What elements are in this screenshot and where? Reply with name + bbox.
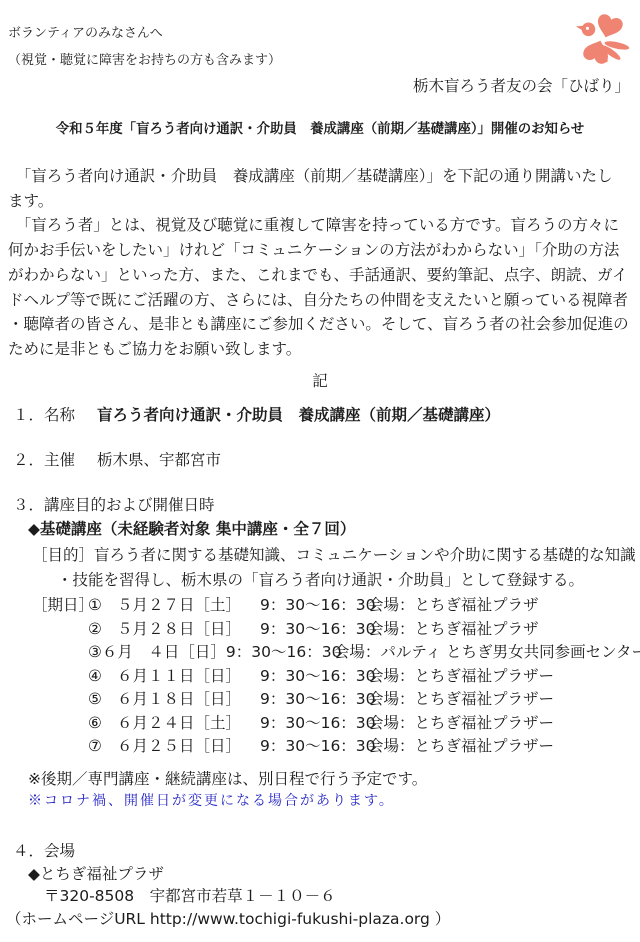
- course-purpose-line2: ・技能を習得し、栃木県の「盲ろう者向け通訳・介助員」として登録する。: [57, 571, 584, 590]
- schedule-row: ③ ６月 ４日［日］ 9：30～16：30 会場：パルティ とちぎ男女共同参画セ…: [0, 643, 640, 662]
- schedule-date: ５月２８日［日］: [117, 620, 260, 639]
- section-2-value: 栃木県、宇都宮市: [97, 451, 221, 470]
- schedule-venue: 会場：とちぎ福祉プラザー: [368, 690, 640, 709]
- schedule-num: ②: [88, 620, 117, 639]
- course-heading: ◆基礎講座（未経験者対象 集中講座・全７回）: [28, 520, 355, 539]
- schedule-row: ⑤ ６月１８日［日］ 9：30～16：30 会場：とちぎ福祉プラザー: [0, 690, 640, 709]
- bird-eye: [586, 27, 589, 30]
- intro-line: 何かお手伝いをしたい」けれど「コミュニケーションの方法がわからない」「介助の方法: [8, 241, 619, 260]
- schedule-time: 9：30～16：30: [226, 643, 334, 662]
- section-1-value: 盲ろう者向け通訳・介助員 養成講座（前期／基礎講座）: [97, 406, 500, 425]
- schedule-time: 9：30～16：30: [260, 596, 368, 615]
- note-later-course: ※後期／専門講座・継続講座は、別日程で行う予定です。: [28, 770, 427, 789]
- intro-line: 「盲ろう者向け通訳・介助員 養成講座（前期／基礎講座）」を下記の通り開講いたし: [8, 167, 613, 186]
- schedule-row: ⑥ ６月２４日［土］ 9：30～16：30 会場：とちぎ福祉プラザー: [0, 714, 640, 733]
- venue-heading: ４．会場: [13, 842, 75, 861]
- schedule-date: ６月１８日［日］: [117, 690, 260, 709]
- schedule-venue: 会場：とちぎ福祉プラザー: [368, 667, 640, 686]
- schedule-time: 9：30～16：30: [260, 690, 368, 709]
- section-2-label: ２．主催: [13, 451, 75, 470]
- schedule-date: ６月 ４日［日］: [102, 643, 226, 662]
- page-title: 令和５年度「盲ろう者向け通訳・介助員 養成講座（前期／基礎講座）」開催のお知らせ: [0, 122, 640, 139]
- intro-line: ドヘルプ等で既にご活躍の方、さらには、自分たちの仲間を支えたいと願っている視障者: [8, 291, 628, 310]
- intro-line: ために是非ともご協力をお願い致します。: [8, 340, 301, 359]
- schedule-time: 9：30～16：30: [260, 620, 368, 639]
- schedule-row: ⑦ ６月２５日［日］ 9：30～16：30 会場：とちぎ福祉プラザー: [0, 737, 640, 756]
- hibari-logo-icon: [572, 8, 634, 70]
- organization-name: 栃木盲ろう者友の会「ひばり」: [0, 77, 630, 96]
- schedule-num: ⑦: [88, 737, 117, 756]
- schedule-venue: 会場：とちぎ福祉プラザ: [368, 596, 640, 615]
- schedule-time: 9：30～16：30: [260, 667, 368, 686]
- record-marker: 記: [0, 372, 640, 391]
- section-3-label: ３．講座目的および開催日時: [13, 496, 215, 515]
- schedule-row: ② ５月２８日［日］ 9：30～16：30 会場：とちぎ福祉プラザ: [0, 620, 640, 639]
- schedule-venue: 会場：とちぎ福祉プラザー: [368, 714, 640, 733]
- schedule-date: ６月２５日［日］: [117, 737, 260, 756]
- schedule-date: ６月１１日［日］: [117, 667, 260, 686]
- intro-line: がわからない」といった方、また、これまでも、手話通訳、要約筆記、点字、朗読、ガイ: [8, 266, 628, 285]
- venue-address: 〒320-8508 宇都宮市若草１－１０－６: [44, 887, 336, 906]
- schedule-num: ⑤: [88, 690, 117, 709]
- notice-document: ボランティアのみなさんへ （視覚・聴覚に障害をお持ちの方も含みます） 栃木盲ろう…: [0, 0, 640, 942]
- schedule-time: 9：30～16：30: [260, 737, 368, 756]
- section-1-label: １．名称: [13, 406, 75, 425]
- schedule-num: ③: [88, 643, 102, 662]
- salutation: ボランティアのみなさんへ: [8, 26, 163, 42]
- venue-name: ◆とちぎ福祉プラザ: [28, 865, 164, 884]
- schedule-num: ④: [88, 667, 117, 686]
- salutation-note: （視覚・聴覚に障害をお持ちの方も含みます）: [8, 53, 281, 69]
- intro-line: 「盲ろう者」とは、視覚及び聴覚に重複して障害を持っている方です。盲ろうの方々に: [8, 216, 619, 235]
- schedule-date: ６月２４日［土］: [117, 714, 260, 733]
- venue-homepage-url: （ホームページURL http://www.tochigi-fukushi-pl…: [6, 910, 450, 929]
- schedule-num: ⑥: [88, 714, 117, 733]
- schedule-venue: 会場：パルティ とちぎ男女共同参画センター: [334, 643, 640, 662]
- intro-line: ・聴障者の皆さん、是非とも講座にご参加ください。そして、盲ろう者の社会参加促進の: [8, 315, 629, 334]
- schedule-venue: 会場：とちぎ福祉プラザ: [368, 620, 640, 639]
- schedule-row: ［期日］ ① ５月２７日［土］ 9：30～16：30 会場：とちぎ福祉プラザ: [0, 596, 640, 615]
- schedule-row: ④ ６月１１日［日］ 9：30～16：30 会場：とちぎ福祉プラザー: [0, 667, 640, 686]
- intro-line: ます。: [8, 192, 53, 211]
- schedule-time: 9：30～16：30: [260, 714, 368, 733]
- schedule-label: ［期日］: [32, 596, 94, 615]
- course-purpose-line1: ［目的］盲ろう者に関する基礎知識、コミュニケーションや介助に関する基礎的な知識: [32, 546, 636, 565]
- schedule-venue: 会場：とちぎ福祉プラザー: [368, 737, 640, 756]
- schedule-date: ５月２７日［土］: [117, 596, 260, 615]
- note-covid: ※コロナ禍、開催日が変更になる場合があります。: [28, 793, 395, 811]
